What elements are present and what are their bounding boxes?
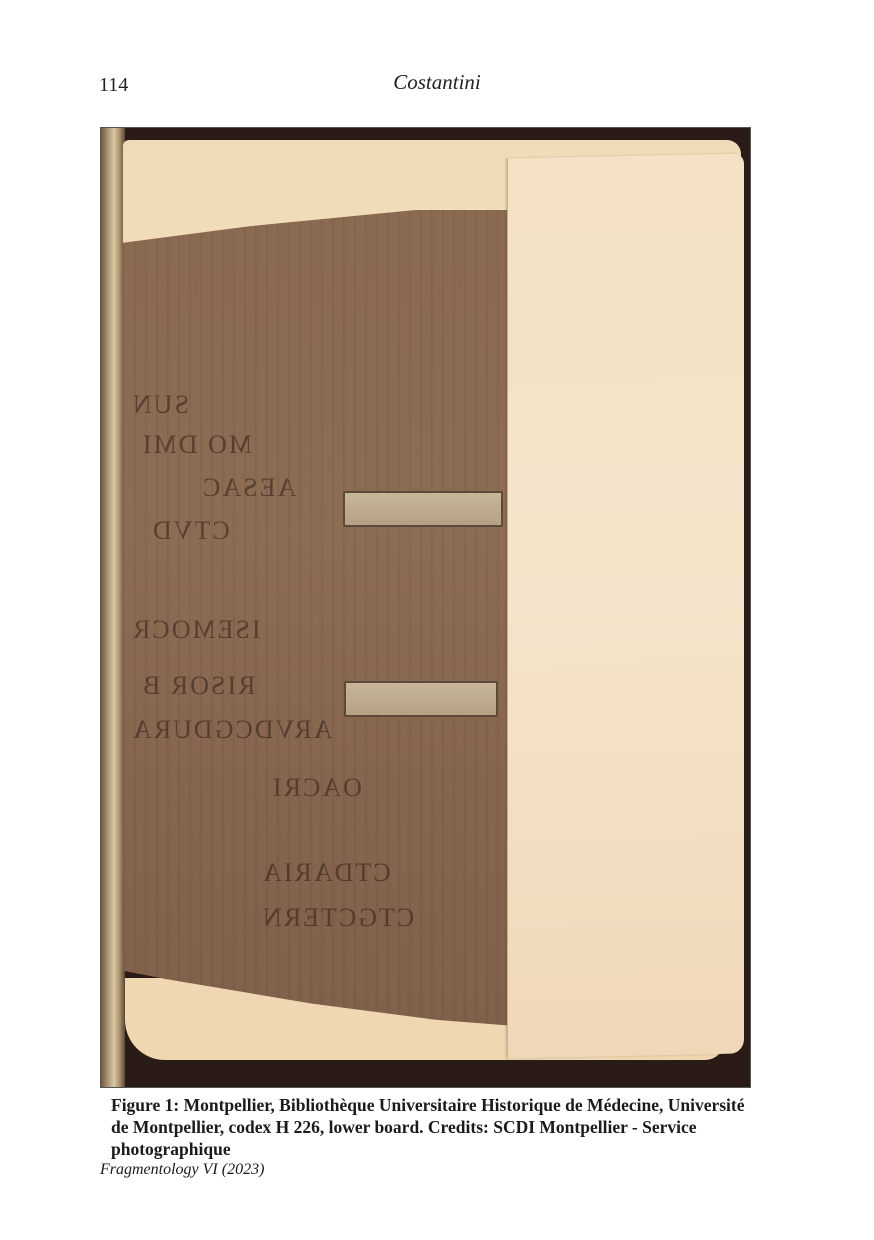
offset-text-line: OACRI bbox=[271, 773, 362, 803]
running-head: Costantini bbox=[0, 70, 874, 95]
book-spine bbox=[101, 128, 125, 1087]
offset-text-line: CTVD bbox=[151, 516, 230, 546]
offset-text-line: MO DMI bbox=[141, 430, 252, 460]
offset-text-line: AESAC bbox=[201, 473, 296, 503]
offset-text-line: ARVDCGDURA bbox=[131, 715, 332, 745]
figure-caption: Figure 1: Montpellier, Bibliothèque Univ… bbox=[111, 1094, 761, 1160]
clasp-strip-upper bbox=[343, 491, 503, 527]
offset-text-line: RISOR B bbox=[141, 671, 255, 701]
parchment-flap bbox=[507, 154, 744, 1059]
offset-text-line: CTDARIA bbox=[261, 858, 391, 888]
offset-text-line: CTGCTERN bbox=[261, 903, 414, 933]
figure-photograph: SUN MO DMI AESAC CTVD ISEMOCR RISOR B AR… bbox=[100, 127, 751, 1088]
journal-footer: Fragmentology VI (2023) bbox=[100, 1161, 264, 1179]
clasp-strip-lower bbox=[344, 681, 498, 717]
offset-text-line: ISEMOCR bbox=[131, 615, 261, 645]
offset-text-line: SUN bbox=[131, 390, 189, 420]
